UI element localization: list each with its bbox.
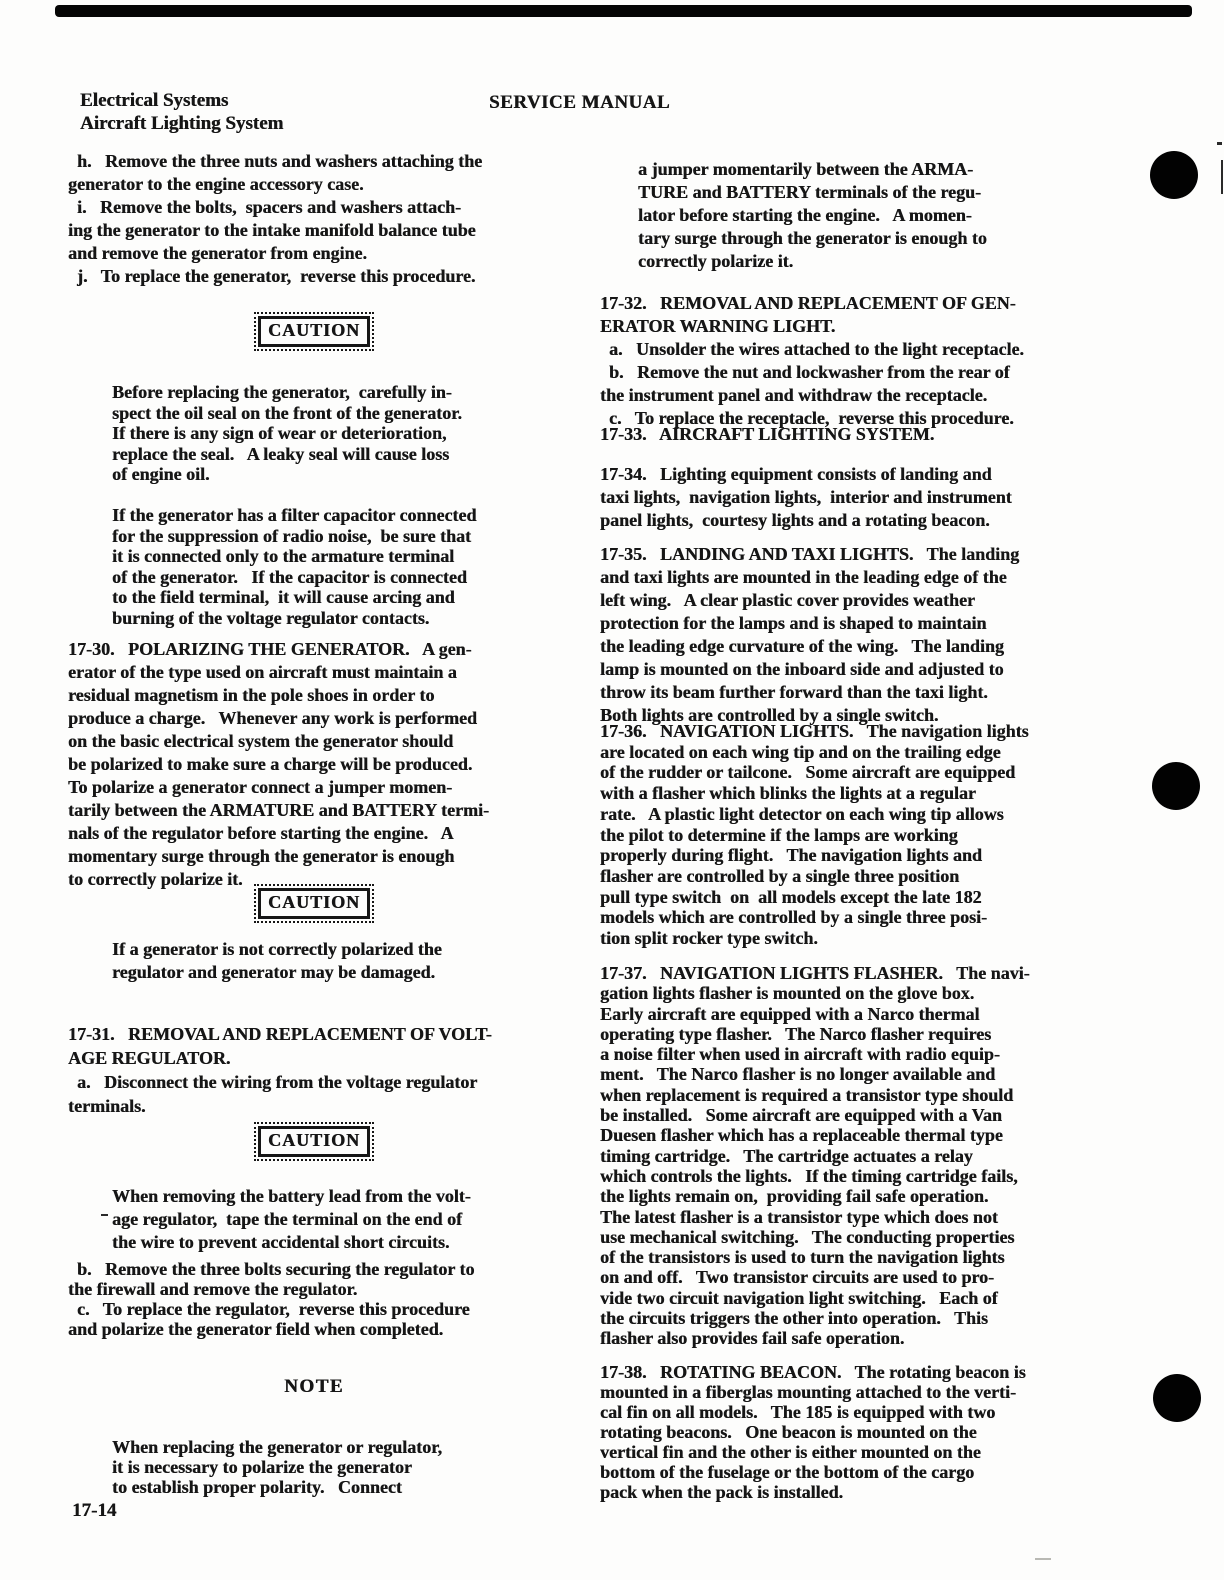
text-line: gation lights flasher is mounted on the … bbox=[600, 983, 1030, 1003]
section-17-34: 17-34. Lighting equipment consists of la… bbox=[600, 463, 1012, 532]
text-line: ment. The Narco flasher is no longer ava… bbox=[600, 1064, 1030, 1084]
text-line: TURE and BATTERY terminals of the regu- bbox=[638, 181, 987, 204]
text-line: correctly polarize it. bbox=[638, 250, 987, 273]
section-17-32: 17-32. REMOVAL AND REPLACEMENT OF GEN-ER… bbox=[600, 292, 1024, 430]
text-line: 17-37. NAVIGATION LIGHTS FLASHER. The na… bbox=[600, 963, 1030, 983]
text-line: flasher are controlled by a single three… bbox=[600, 866, 1029, 887]
page-number: 17-14 bbox=[72, 1500, 116, 1522]
text-line: 17-32. REMOVAL AND REPLACEMENT OF GEN- bbox=[600, 292, 1024, 315]
text-line: of the transistors is used to turn the n… bbox=[600, 1247, 1030, 1267]
continuation-paragraph: a jumper momentarily between the ARMA-TU… bbox=[638, 158, 987, 273]
scan-mark bbox=[1221, 160, 1223, 194]
text-line: 17-38. ROTATING BEACON. The rotating bea… bbox=[600, 1362, 1026, 1382]
text-line: tary surge through the generator is enou… bbox=[638, 227, 987, 250]
text-line: bottom of the fuselage or the bottom of … bbox=[600, 1462, 1026, 1482]
text-line: when replacement is required a transisto… bbox=[600, 1085, 1030, 1105]
text-line: 17-35. LANDING AND TAXI LIGHTS. The land… bbox=[600, 543, 1019, 566]
text-line: cal fin on all models. The 185 is equipp… bbox=[600, 1402, 1026, 1422]
section-17-37: 17-37. NAVIGATION LIGHTS FLASHER. The na… bbox=[600, 963, 1030, 1349]
text-line: taxi lights, navigation lights, interior… bbox=[600, 486, 1012, 509]
text-line: 17-34. Lighting equipment consists of la… bbox=[600, 463, 1012, 486]
text-line: operating type flasher. The Narco flashe… bbox=[600, 1024, 1030, 1044]
text-line: Duesen flasher which has a replaceable t… bbox=[600, 1125, 1030, 1145]
text-line: use mechanical switching. The conducting… bbox=[600, 1227, 1030, 1247]
text-line: pack when the pack is installed. bbox=[600, 1482, 1026, 1502]
text-line: and taxi lights are mounted in the leadi… bbox=[600, 566, 1019, 589]
text-line: rotating beacons. One beacon is mounted … bbox=[600, 1422, 1026, 1442]
scan-mark bbox=[1217, 142, 1222, 145]
text-line: Early aircraft are equipped with a Narco… bbox=[600, 1004, 1030, 1024]
text-line: on and off. Two transistor circuits are … bbox=[600, 1267, 1030, 1287]
hole-punch-dot bbox=[1152, 762, 1200, 810]
text-line: lator before starting the engine. A mome… bbox=[638, 204, 987, 227]
text-line: flasher also provides fail safe operatio… bbox=[600, 1328, 1030, 1348]
text-line: 17-36. NAVIGATION LIGHTS. The navigation… bbox=[600, 721, 1029, 742]
text-line: protection for the lamps and is shaped t… bbox=[600, 612, 1019, 635]
text-line: panel lights, courtesy lights and a rota… bbox=[600, 509, 1012, 532]
text-line: models which are controlled by a single … bbox=[600, 907, 1029, 928]
text-line: the instrument panel and withdraw the re… bbox=[600, 384, 1024, 407]
text-line: a. Unsolder the wires attached to the li… bbox=[600, 338, 1024, 361]
text-line: mounted in a fiberglas mounting attached… bbox=[600, 1382, 1026, 1402]
text-line: The latest flasher is a transistor type … bbox=[600, 1207, 1030, 1227]
scan-mark bbox=[101, 1214, 108, 1216]
text-line: tion split rocker type switch. bbox=[600, 928, 1029, 949]
text-line: a jumper momentarily between the ARMA- bbox=[638, 158, 987, 181]
hole-punch-dot bbox=[1150, 151, 1198, 199]
text-line: rate. A plastic light detector on each w… bbox=[600, 804, 1029, 825]
scan-mark bbox=[1035, 1558, 1051, 1560]
text-line: throw its beam further forward than the … bbox=[600, 681, 1019, 704]
text-line: lamp is mounted on the inboard side and … bbox=[600, 658, 1019, 681]
text-line: which controls the lights. If the timing… bbox=[600, 1166, 1030, 1186]
text-line: a noise filter when used in aircraft wit… bbox=[600, 1044, 1030, 1064]
text-line: vide two circuit navigation light switch… bbox=[600, 1288, 1030, 1308]
text-line: the pilot to determine if the lamps are … bbox=[600, 825, 1029, 846]
text-line: pull type switch on all models except th… bbox=[600, 887, 1029, 908]
hole-punch-dot bbox=[1153, 1374, 1201, 1422]
text-line: vertical fin and the other is either mou… bbox=[600, 1442, 1026, 1462]
text-line: properly during flight. The navigation l… bbox=[600, 845, 1029, 866]
text-line: left wing. A clear plastic cover provide… bbox=[600, 589, 1019, 612]
section-17-33: 17-33. AIRCRAFT LIGHTING SYSTEM. bbox=[600, 423, 934, 446]
text-line: 17-33. AIRCRAFT LIGHTING SYSTEM. bbox=[600, 423, 934, 446]
text-line: ERATOR WARNING LIGHT. bbox=[600, 315, 1024, 338]
text-line: the leading edge curvature of the wing. … bbox=[600, 635, 1019, 658]
right-column: a jumper momentarily between the ARMA-TU… bbox=[0, 0, 1224, 1580]
text-line: b. Remove the nut and lockwasher from th… bbox=[600, 361, 1024, 384]
section-17-35: 17-35. LANDING AND TAXI LIGHTS. The land… bbox=[600, 543, 1019, 727]
section-17-36: 17-36. NAVIGATION LIGHTS. The navigation… bbox=[600, 721, 1029, 949]
text-line: be installed. Some aircraft are equipped… bbox=[600, 1105, 1030, 1125]
text-line: of the rudder or tailcone. Some aircraft… bbox=[600, 762, 1029, 783]
scanned-manual-page: Electrical Systems Aircraft Lighting Sys… bbox=[0, 0, 1224, 1580]
text-line: are located on each wing tip and on the … bbox=[600, 742, 1029, 763]
text-line: timing cartridge. The cartridge actuates… bbox=[600, 1146, 1030, 1166]
text-line: the lights remain on, providing fail saf… bbox=[600, 1186, 1030, 1206]
section-17-38: 17-38. ROTATING BEACON. The rotating bea… bbox=[600, 1362, 1026, 1502]
text-line: the circuits triggers the other into ope… bbox=[600, 1308, 1030, 1328]
text-line: with a flasher which blinks the lights a… bbox=[600, 783, 1029, 804]
